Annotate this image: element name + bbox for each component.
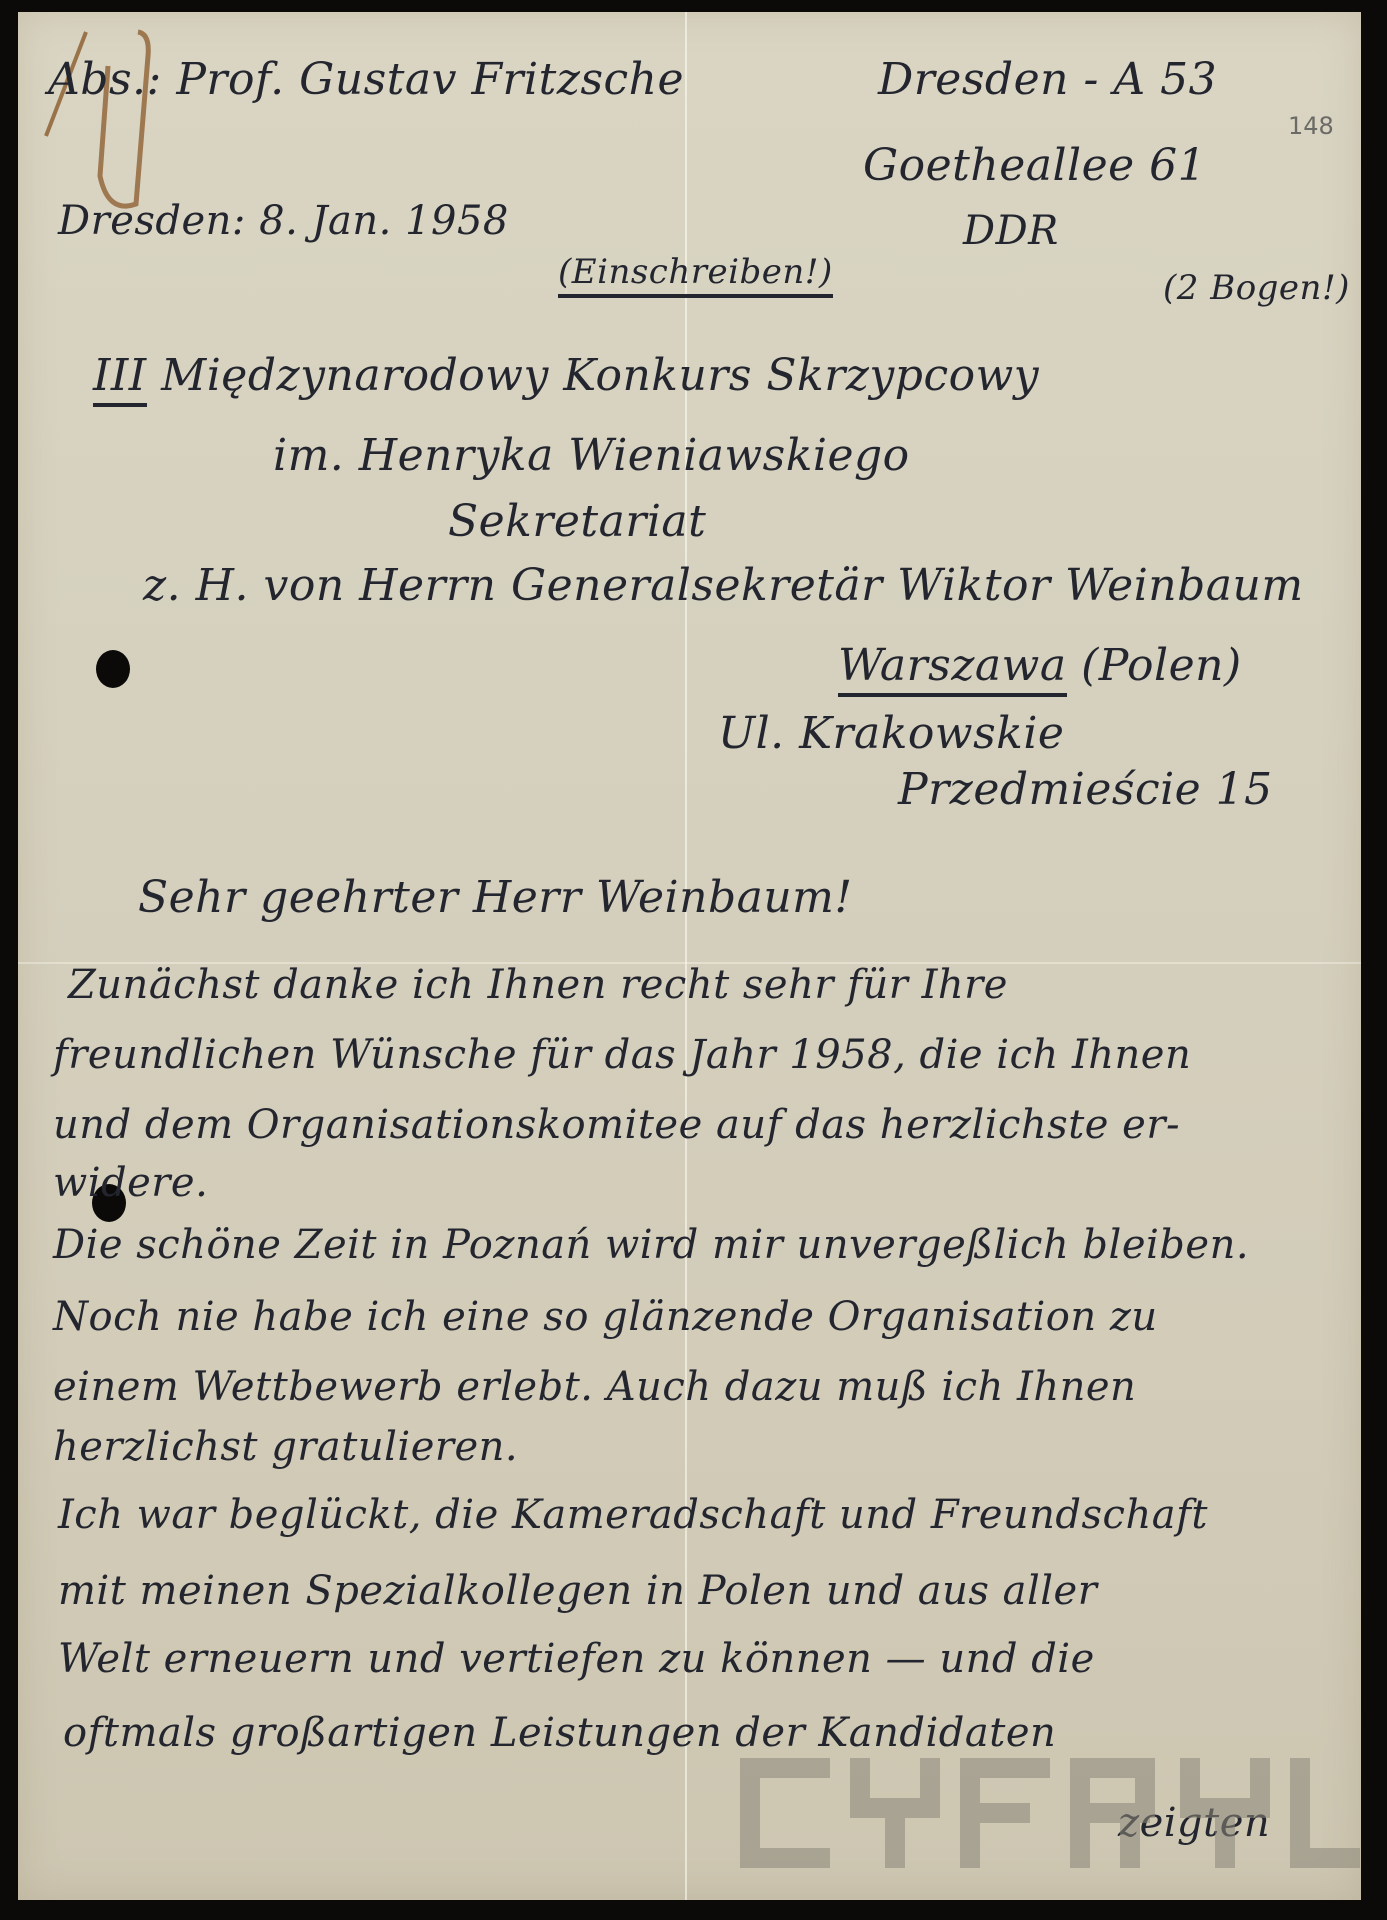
salutation: Sehr geehrter Herr Weinbaum! <box>138 872 853 923</box>
recipient-line-2: im. Henryka Wieniawskiego <box>273 430 910 481</box>
body-line: widere. <box>53 1160 208 1206</box>
archive-page-number: 148 <box>1288 112 1334 140</box>
recipient-country: (Polen) <box>1081 640 1242 691</box>
registered-note: (Einschreiben!) <box>558 252 833 292</box>
sheets-note: (2 Bogen!) <box>1163 268 1350 308</box>
body-line: Welt erneuern und vertiefen zu können — … <box>58 1636 1095 1682</box>
sender-city: Dresden - A 53 <box>878 54 1217 105</box>
sender-country: DDR <box>963 208 1059 254</box>
body-line: freundlichen Wünsche für das Jahr 1958, … <box>53 1032 1191 1078</box>
recipient-line-3: Sekretariat <box>448 496 706 547</box>
registered-note-text: (Einschreiben!) <box>558 252 833 298</box>
body-line: Die schöne Zeit in Poznań wird mir unver… <box>53 1222 1249 1268</box>
body-line: herzlichst gratulieren. <box>53 1424 518 1470</box>
sender-street: Goetheallee 61 <box>863 140 1206 191</box>
place-date: Dresden: 8. Jan. 1958 <box>58 198 509 244</box>
body-line: Noch nie habe ich eine so glänzende Orga… <box>53 1294 1158 1340</box>
recipient-line-1: III Międzynarodowy Konkurs Skrzypcowy <box>93 350 1039 401</box>
sender-line: Abs.: Prof. Gustav Fritzsche <box>48 54 684 105</box>
body-line: mit meinen Spezialkollegen in Polen und … <box>58 1568 1097 1614</box>
recipient-city: Warszawa <box>838 640 1067 697</box>
archive-watermark <box>740 1758 1360 1868</box>
competition-numeral: III <box>93 350 147 407</box>
body-line: einem Wettbewerb erlebt. Auch dazu muß i… <box>53 1364 1136 1410</box>
body-line: Ich war beglückt, die Kameradschaft und … <box>58 1492 1208 1538</box>
punch-hole-upper <box>96 650 130 688</box>
body-line: oftmals großartigen Leistungen der Kandi… <box>63 1710 1056 1756</box>
recipient-line-4: z. H. von Herrn Generalsekretär Wiktor W… <box>143 560 1304 611</box>
recipient-city-line: Warszawa (Polen) <box>838 640 1242 691</box>
competition-name: Międzynarodowy Konkurs Skrzypcowy <box>161 350 1039 401</box>
recipient-street-1: Ul. Krakowskie <box>718 708 1064 759</box>
body-line: Zunächst danke ich Ihnen recht sehr für … <box>68 962 1008 1008</box>
recipient-street-2: Przedmieście 15 <box>898 764 1273 815</box>
letter-sheet: Abs.: Prof. Gustav Fritzsche Dresden - A… <box>18 12 1361 1900</box>
body-line: und dem Organisationskomitee auf das her… <box>53 1102 1180 1148</box>
